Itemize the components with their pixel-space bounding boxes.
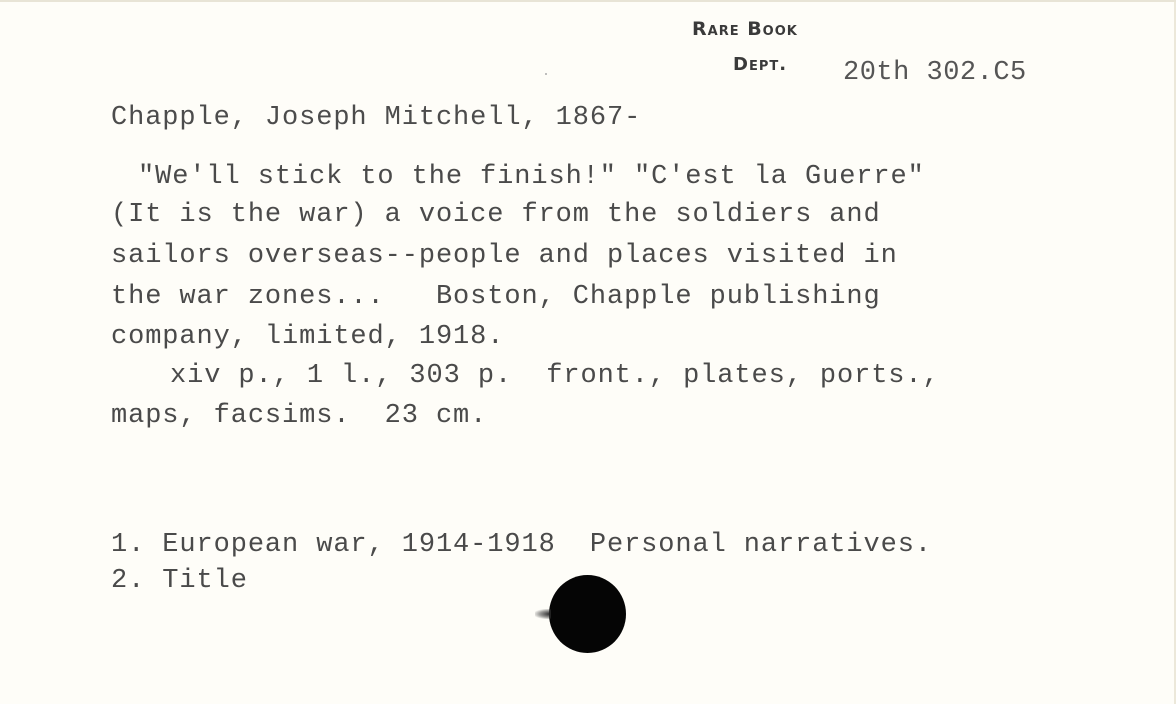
collation-line: xiv p., 1 l., 303 p. front., plates, por… [170, 361, 940, 391]
dept-stamp: Dept. [733, 54, 787, 75]
title-line: the war zones... Boston, Chapple publish… [111, 282, 881, 312]
title-line: (It is the war) a voice from the soldier… [111, 200, 881, 230]
rare-book-stamp: Rare Book [692, 18, 798, 40]
title-line: "We'll stick to the finish!" "C'est la G… [138, 162, 925, 192]
catalog-card: Rare Book Dept. 20th 302.C5 Chapple, Jos… [0, 0, 1176, 704]
author-heading: Chapple, Joseph Mitchell, 1867- [111, 103, 641, 133]
call-number: 20th 302.C5 [843, 58, 1027, 88]
punch-hole [549, 575, 626, 653]
collation-line: maps, facsims. 23 cm. [111, 401, 487, 431]
subject-tracing: 2. Title [111, 566, 248, 596]
title-line: sailors overseas--people and places visi… [111, 241, 898, 271]
paper-speck [545, 73, 547, 75]
subject-tracing: 1. European war, 1914-1918 Personal narr… [111, 530, 932, 560]
title-line: company, limited, 1918. [111, 322, 504, 352]
